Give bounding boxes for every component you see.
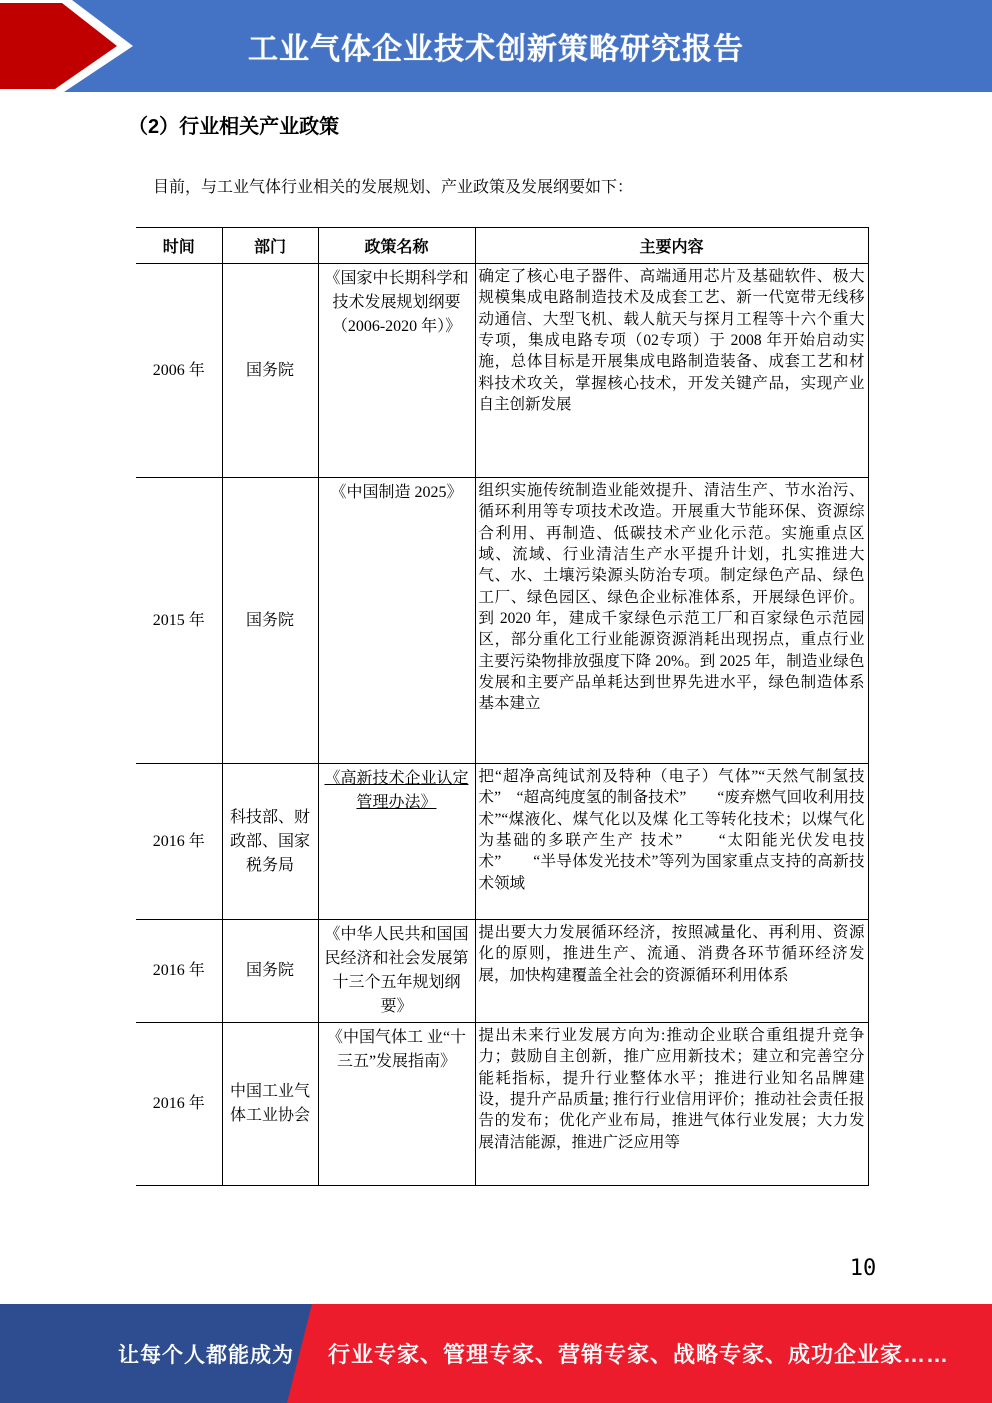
- cell-dept: 国务院: [222, 920, 318, 1023]
- column-header-time: 时间: [136, 228, 222, 264]
- cell-content: 提出未来行业发展方向为:推动企业联合重组提升竞争力；鼓励自主创新，推广应用新技术…: [475, 1023, 868, 1186]
- cell-policy: 《中华人民共和国国民经济和社会发展第十三个五年规划纲要》: [318, 920, 475, 1023]
- table-row: 2006 年 国务院 《国家中长期科学和技术发展规划纲要（2006-2020 年…: [136, 264, 868, 478]
- cell-dept: 国务院: [222, 478, 318, 764]
- cell-time: 2015 年: [136, 478, 222, 764]
- cell-time: 2016 年: [136, 764, 222, 920]
- report-header-banner: 工业气体企业技术创新策略研究报告: [0, 0, 992, 92]
- table-header-row: 时间 部门 政策名称 主要内容: [136, 228, 868, 264]
- page-number: 10: [835, 1256, 891, 1281]
- footer-slogan-left: 让每个人都能成为: [118, 1304, 294, 1403]
- cell-time: 2016 年: [136, 1023, 222, 1186]
- table-row: 2015 年 国务院 《中国制造 2025》 组织实施传统制造业能效提升、清洁生…: [136, 478, 868, 764]
- policy-table: 时间 部门 政策名称 主要内容 2006 年 国务院 《国家中长期科学和技术发展…: [136, 227, 869, 1186]
- cell-content: 提出要大力发展循环经济，按照减量化、再利用、资源化的原则，推进生产、流通、消费各…: [475, 920, 868, 1023]
- table-row: 2016 年 国务院 《中华人民共和国国民经济和社会发展第十三个五年规划纲要》 …: [136, 920, 868, 1023]
- cell-time: 2006 年: [136, 264, 222, 478]
- cell-policy: 《国家中长期科学和技术发展规划纲要（2006-2020 年）》: [318, 264, 475, 478]
- column-header-dept: 部门: [222, 228, 318, 264]
- section-heading: （2）行业相关产业政策: [128, 110, 339, 139]
- table-row: 2016 年 科技部、财政部、国家税务局 《高新技术企业认定管理办法》 把“超净…: [136, 764, 868, 920]
- cell-dept: 中国工业气体工业协会: [222, 1023, 318, 1186]
- cell-content: 确定了核心电子器件、高端通用芯片及基础软件、极大规模集成电路制造技术及成套工艺、…: [475, 264, 868, 478]
- footer-slogan-right: 行业专家、管理专家、营销专家、战略专家、成功企业家……: [328, 1304, 949, 1403]
- cell-time: 2016 年: [136, 920, 222, 1023]
- footer-banner: 让每个人都能成为 行业专家、管理专家、营销专家、战略专家、成功企业家……: [0, 1304, 992, 1403]
- cell-policy: 《中国气体工 业“十三五”发展指南》: [318, 1023, 475, 1186]
- table-row: 2016 年 中国工业气体工业协会 《中国气体工 业“十三五”发展指南》 提出未…: [136, 1023, 868, 1186]
- column-header-policy: 政策名称: [318, 228, 475, 264]
- cell-dept: 国务院: [222, 264, 318, 478]
- report-title: 工业气体企业技术创新策略研究报告: [0, 0, 992, 92]
- intro-paragraph: 目前，与工业气体行业相关的发展规划、产业政策及发展纲要如下：: [153, 174, 633, 197]
- cell-dept: 科技部、财政部、国家税务局: [222, 764, 318, 920]
- column-header-content: 主要内容: [475, 228, 868, 264]
- cell-content: 把“超净高纯试剂及特种（电子）气体”“天然气制氢技术” “超高纯度氢的制备技术”…: [475, 764, 868, 920]
- cell-policy: 《中国制造 2025》: [318, 478, 475, 764]
- cell-content: 组织实施传统制造业能效提升、清洁生产、节水治污、循环利用等专项技术改造。开展重大…: [475, 478, 868, 764]
- cell-policy: 《高新技术企业认定管理办法》: [318, 764, 475, 920]
